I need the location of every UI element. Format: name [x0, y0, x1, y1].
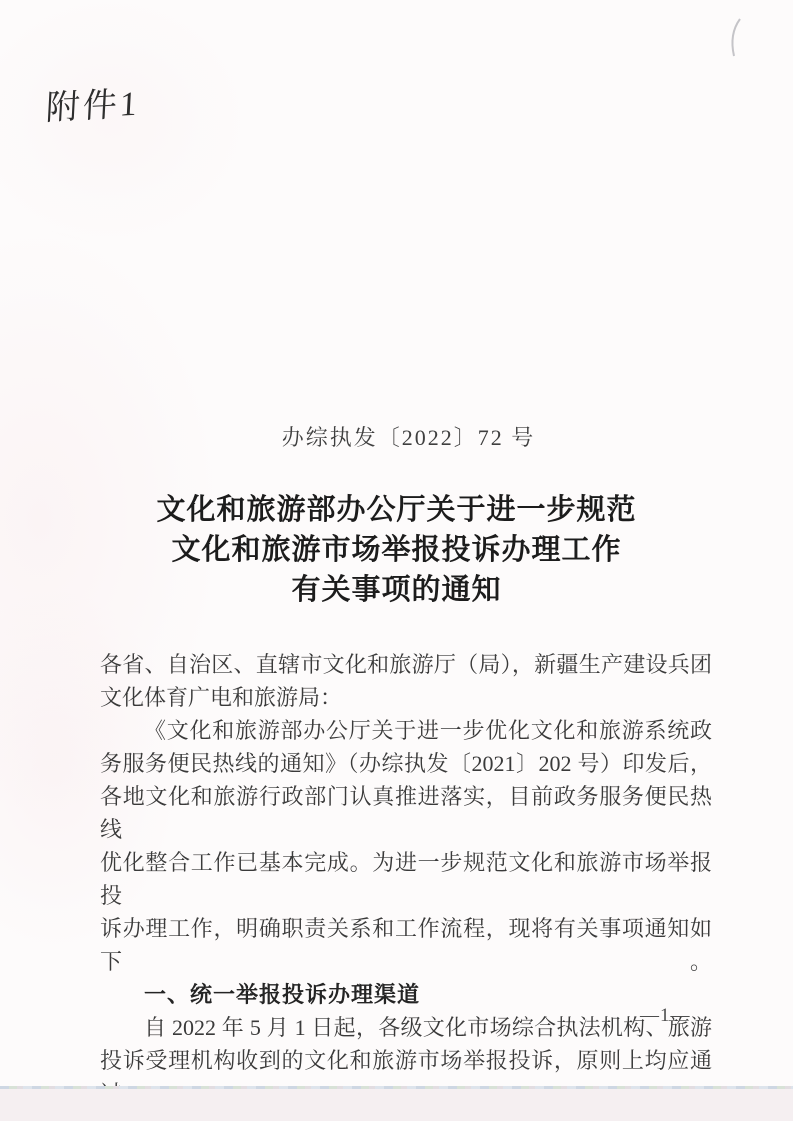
- document-body: 各省、自治区、直辖市文化和旅游厅（局），新疆生产建设兵团 文化体育广电和旅游局：…: [100, 648, 712, 1110]
- scan-edge-region: [0, 1086, 793, 1121]
- body-line-para1-1: 《文化和旅游部办公厅关于进一步优化文化和旅游系统政: [100, 714, 712, 747]
- scan-edge-artifact-line: [0, 1086, 793, 1089]
- document-title: 文化和旅游部办公厅关于进一步规范 文化和旅游市场举报投诉办理工作 有关事项的通知: [0, 490, 793, 610]
- pencil-stroke-mark: [722, 16, 748, 60]
- handwritten-attachment-note: 附件1: [45, 75, 141, 129]
- body-line-para1-5: 诉办理工作，明确职责关系和工作流程，现将有关事项通知如下。: [100, 912, 712, 978]
- body-line-salutation-1: 各省、自治区、直辖市文化和旅游厅（局），新疆生产建设兵团: [100, 648, 712, 681]
- body-line-para1-4: 优化整合工作已基本完成。为进一步规范文化和旅游市场举报投: [100, 846, 712, 912]
- body-line-para1-3: 各地文化和旅游行政部门认真推进落实，目前政务服务便民热线: [100, 780, 712, 846]
- body-line-salutation-2: 文化体育广电和旅游局：: [100, 681, 712, 714]
- section-heading-1: 一、统一举报投诉办理渠道: [100, 978, 712, 1011]
- title-line-3: 有关事项的通知: [0, 570, 793, 610]
- scanned-document-page: 附件1 办综执发〔2022〕72 号 文化和旅游部办公厅关于进一步规范 文化和旅…: [0, 0, 793, 1121]
- body-line-para1-2: 务服务便民热线的通知》（办综执发〔2021〕202 号）印发后，: [100, 747, 712, 780]
- document-number: 办综执发〔2022〕72 号: [12, 421, 793, 452]
- title-line-2: 文化和旅游市场举报投诉办理工作: [0, 530, 793, 570]
- page-number: —1—: [640, 1005, 691, 1027]
- title-line-1: 文化和旅游部办公厅关于进一步规范: [0, 490, 793, 530]
- body-line-para2-1: 自 2022 年 5 月 1 日起，各级文化市场综合执法机构、旅游: [100, 1011, 712, 1044]
